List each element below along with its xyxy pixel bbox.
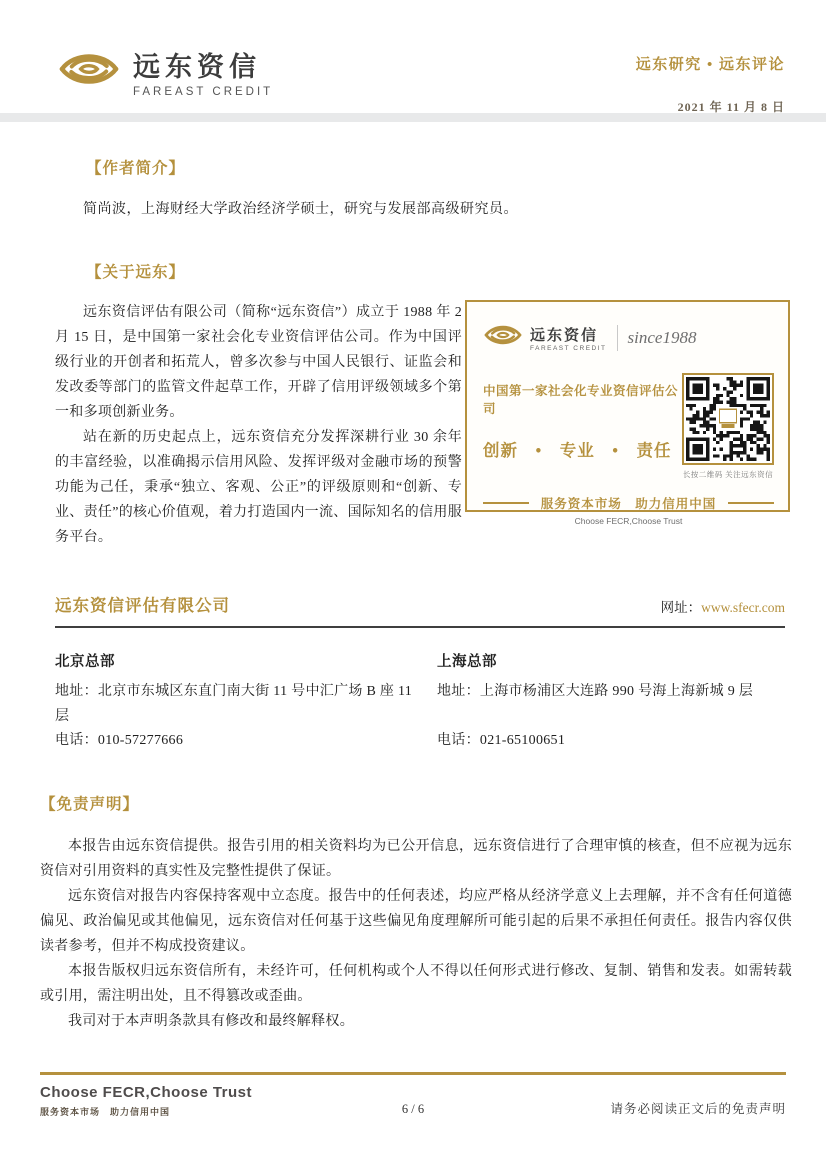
header-right: 远东研究 • 远东评论 2021 年 11 月 8 日	[636, 53, 785, 115]
company-logo: 远东资信 FAREAST CREDIT	[57, 45, 273, 98]
footer-notice: 请务必阅读正文后的免责声明	[424, 1099, 786, 1118]
brand-card: 远东资信 FAREAST CREDIT since1988 中国第一家社会化专业…	[465, 300, 790, 512]
slogan-left-rule	[483, 502, 529, 504]
header-divider-bar	[0, 113, 826, 122]
card-logo-wordmark: 远东资信 FAREAST CREDIT	[530, 324, 607, 352]
card-since-label: since1988	[628, 328, 697, 348]
about-heading: 【关于远东】	[55, 260, 462, 282]
qr-code-icon	[682, 373, 774, 465]
card-tagline: 中国第一家社会化专业资信评估公司	[483, 381, 678, 417]
author-bio: 简尚波，上海财经大学政治经济学硕士，研究与发展部高级研究员。	[55, 198, 785, 218]
author-heading: 【作者简介】	[55, 156, 785, 178]
fareast-eye-logo-icon	[483, 320, 523, 355]
logo-english-name: FAREAST CREDIT	[133, 86, 273, 98]
card-logo-row: 远东资信 FAREAST CREDIT since1988	[483, 320, 774, 355]
office-beijing: 北京总部 地址：北京市东城区东直门南大街 11 号中汇广场 B 座 11 层 电…	[55, 650, 420, 749]
card-middle-row: 中国第一家社会化专业资信评估公司 创新 • 专业 • 责任 长按二维码 关注远东…	[483, 373, 774, 480]
footer-left-block: Choose FECR,Choose Trust 服务资本市场 助力信用中国	[40, 1084, 402, 1118]
disclaimer-paragraph-3: 本报告版权归远东资信所有，未经许可，任何机构或个人不得以任何形式进行修改、复制、…	[40, 959, 792, 1009]
footer-slogan-english: Choose FECR,Choose Trust	[40, 1084, 402, 1101]
about-section: 【关于远东】 远东资信评估有限公司（简称“远东资信”）成立于 1988 年 2 …	[55, 260, 462, 550]
logo-chinese-name: 远东资信	[133, 45, 273, 84]
disclaimer-body: 本报告由远东资信提供。报告引用的相关资料均为已公开信息，远东资信进行了合理审慎的…	[40, 834, 792, 1034]
company-section: 远东资信评估有限公司 网址：www.sfecr.com 北京总部 地址：北京市东…	[55, 592, 785, 749]
disclaimer-heading: 【免责声明】	[40, 792, 792, 814]
disclaimer-section: 【免责声明】 本报告由远东资信提供。报告引用的相关资料均为已公开信息，远东资信进…	[40, 792, 792, 1034]
disclaimer-paragraph-4: 我司对于本声明条款具有修改和最终解释权。	[40, 1009, 792, 1034]
fareast-eye-logo-icon	[57, 45, 121, 98]
card-slogan-row: 服务资本市场 助力信用中国	[483, 494, 774, 512]
slogan-right-rule	[728, 502, 774, 504]
qr-caption: 长按二维码 关注远东资信	[682, 469, 774, 480]
card-logo-chinese-name: 远东资信	[530, 324, 607, 345]
logo-wordmark: 远东资信 FAREAST CREDIT	[133, 45, 273, 98]
office-shanghai-title: 上海总部	[437, 650, 785, 671]
footer-row: Choose FECR,Choose Trust 服务资本市场 助力信用中国 6…	[40, 1084, 786, 1118]
office-beijing-address: 地址：北京市东城区东直门南大街 11 号中汇广场 B 座 11 层	[55, 679, 420, 729]
office-beijing-phone: 电话：010-57277666	[55, 729, 420, 749]
disclaimer-paragraph-1: 本报告由远东资信提供。报告引用的相关资料均为已公开信息，远东资信进行了合理审慎的…	[40, 834, 792, 884]
office-shanghai-phone: 电话：021-65100651	[437, 729, 785, 749]
about-paragraph-2: 站在新的历史起点上，远东资信充分发挥深耕行业 30 余年的丰富经验，以准确揭示信…	[55, 425, 462, 550]
card-middle-left: 中国第一家社会化专业资信评估公司 创新 • 专业 • 责任	[483, 373, 678, 480]
series-title: 远东研究 • 远东评论	[636, 53, 785, 74]
company-name: 远东资信评估有限公司	[55, 592, 230, 616]
author-section: 【作者简介】 简尚波，上海财经大学政治经济学硕士，研究与发展部高级研究员。	[55, 156, 785, 218]
office-shanghai-address: 地址：上海市杨浦区大连路 990 号海上海新城 9 层	[437, 679, 785, 729]
disclaimer-paragraph-2: 远东资信对报告内容保持客观中立态度。报告中的任何表述，均应严格从经济学意义上去理…	[40, 884, 792, 959]
company-header-row: 远东资信评估有限公司 网址：www.sfecr.com	[55, 592, 785, 628]
page-number: 6 / 6	[402, 1102, 424, 1118]
office-columns: 北京总部 地址：北京市东城区东直门南大街 11 号中汇广场 B 座 11 层 电…	[55, 650, 785, 749]
office-beijing-title: 北京总部	[55, 650, 420, 671]
about-text: 远东资信评估有限公司（简称“远东资信”）成立于 1988 年 2 月 15 日，…	[55, 300, 462, 550]
card-core-values: 创新 • 专业 • 责任	[483, 437, 678, 461]
about-paragraph-1: 远东资信评估有限公司（简称“远东资信”）成立于 1988 年 2 月 15 日，…	[55, 300, 462, 425]
card-slogan-english: Choose FECR,Choose Trust	[483, 516, 774, 526]
website-link[interactable]: www.sfecr.com	[701, 600, 785, 615]
website-label: 网址：	[661, 600, 702, 615]
document-page: 远东资信 FAREAST CREDIT 远东研究 • 远东评论 2021 年 1…	[0, 0, 826, 1169]
card-slogan-chinese: 服务资本市场 助力信用中国	[541, 494, 717, 512]
website-row: 网址：www.sfecr.com	[661, 596, 785, 616]
office-shanghai: 上海总部 地址：上海市杨浦区大连路 990 号海上海新城 9 层 电话：021-…	[437, 650, 785, 749]
footer-slogan-chinese: 服务资本市场 助力信用中国	[40, 1105, 402, 1118]
card-qr-block: 长按二维码 关注远东资信	[682, 373, 774, 480]
page-footer: Choose FECR,Choose Trust 服务资本市场 助力信用中国 6…	[40, 1072, 786, 1118]
card-logo-english-name: FAREAST CREDIT	[530, 345, 607, 352]
card-vertical-divider	[617, 325, 618, 351]
